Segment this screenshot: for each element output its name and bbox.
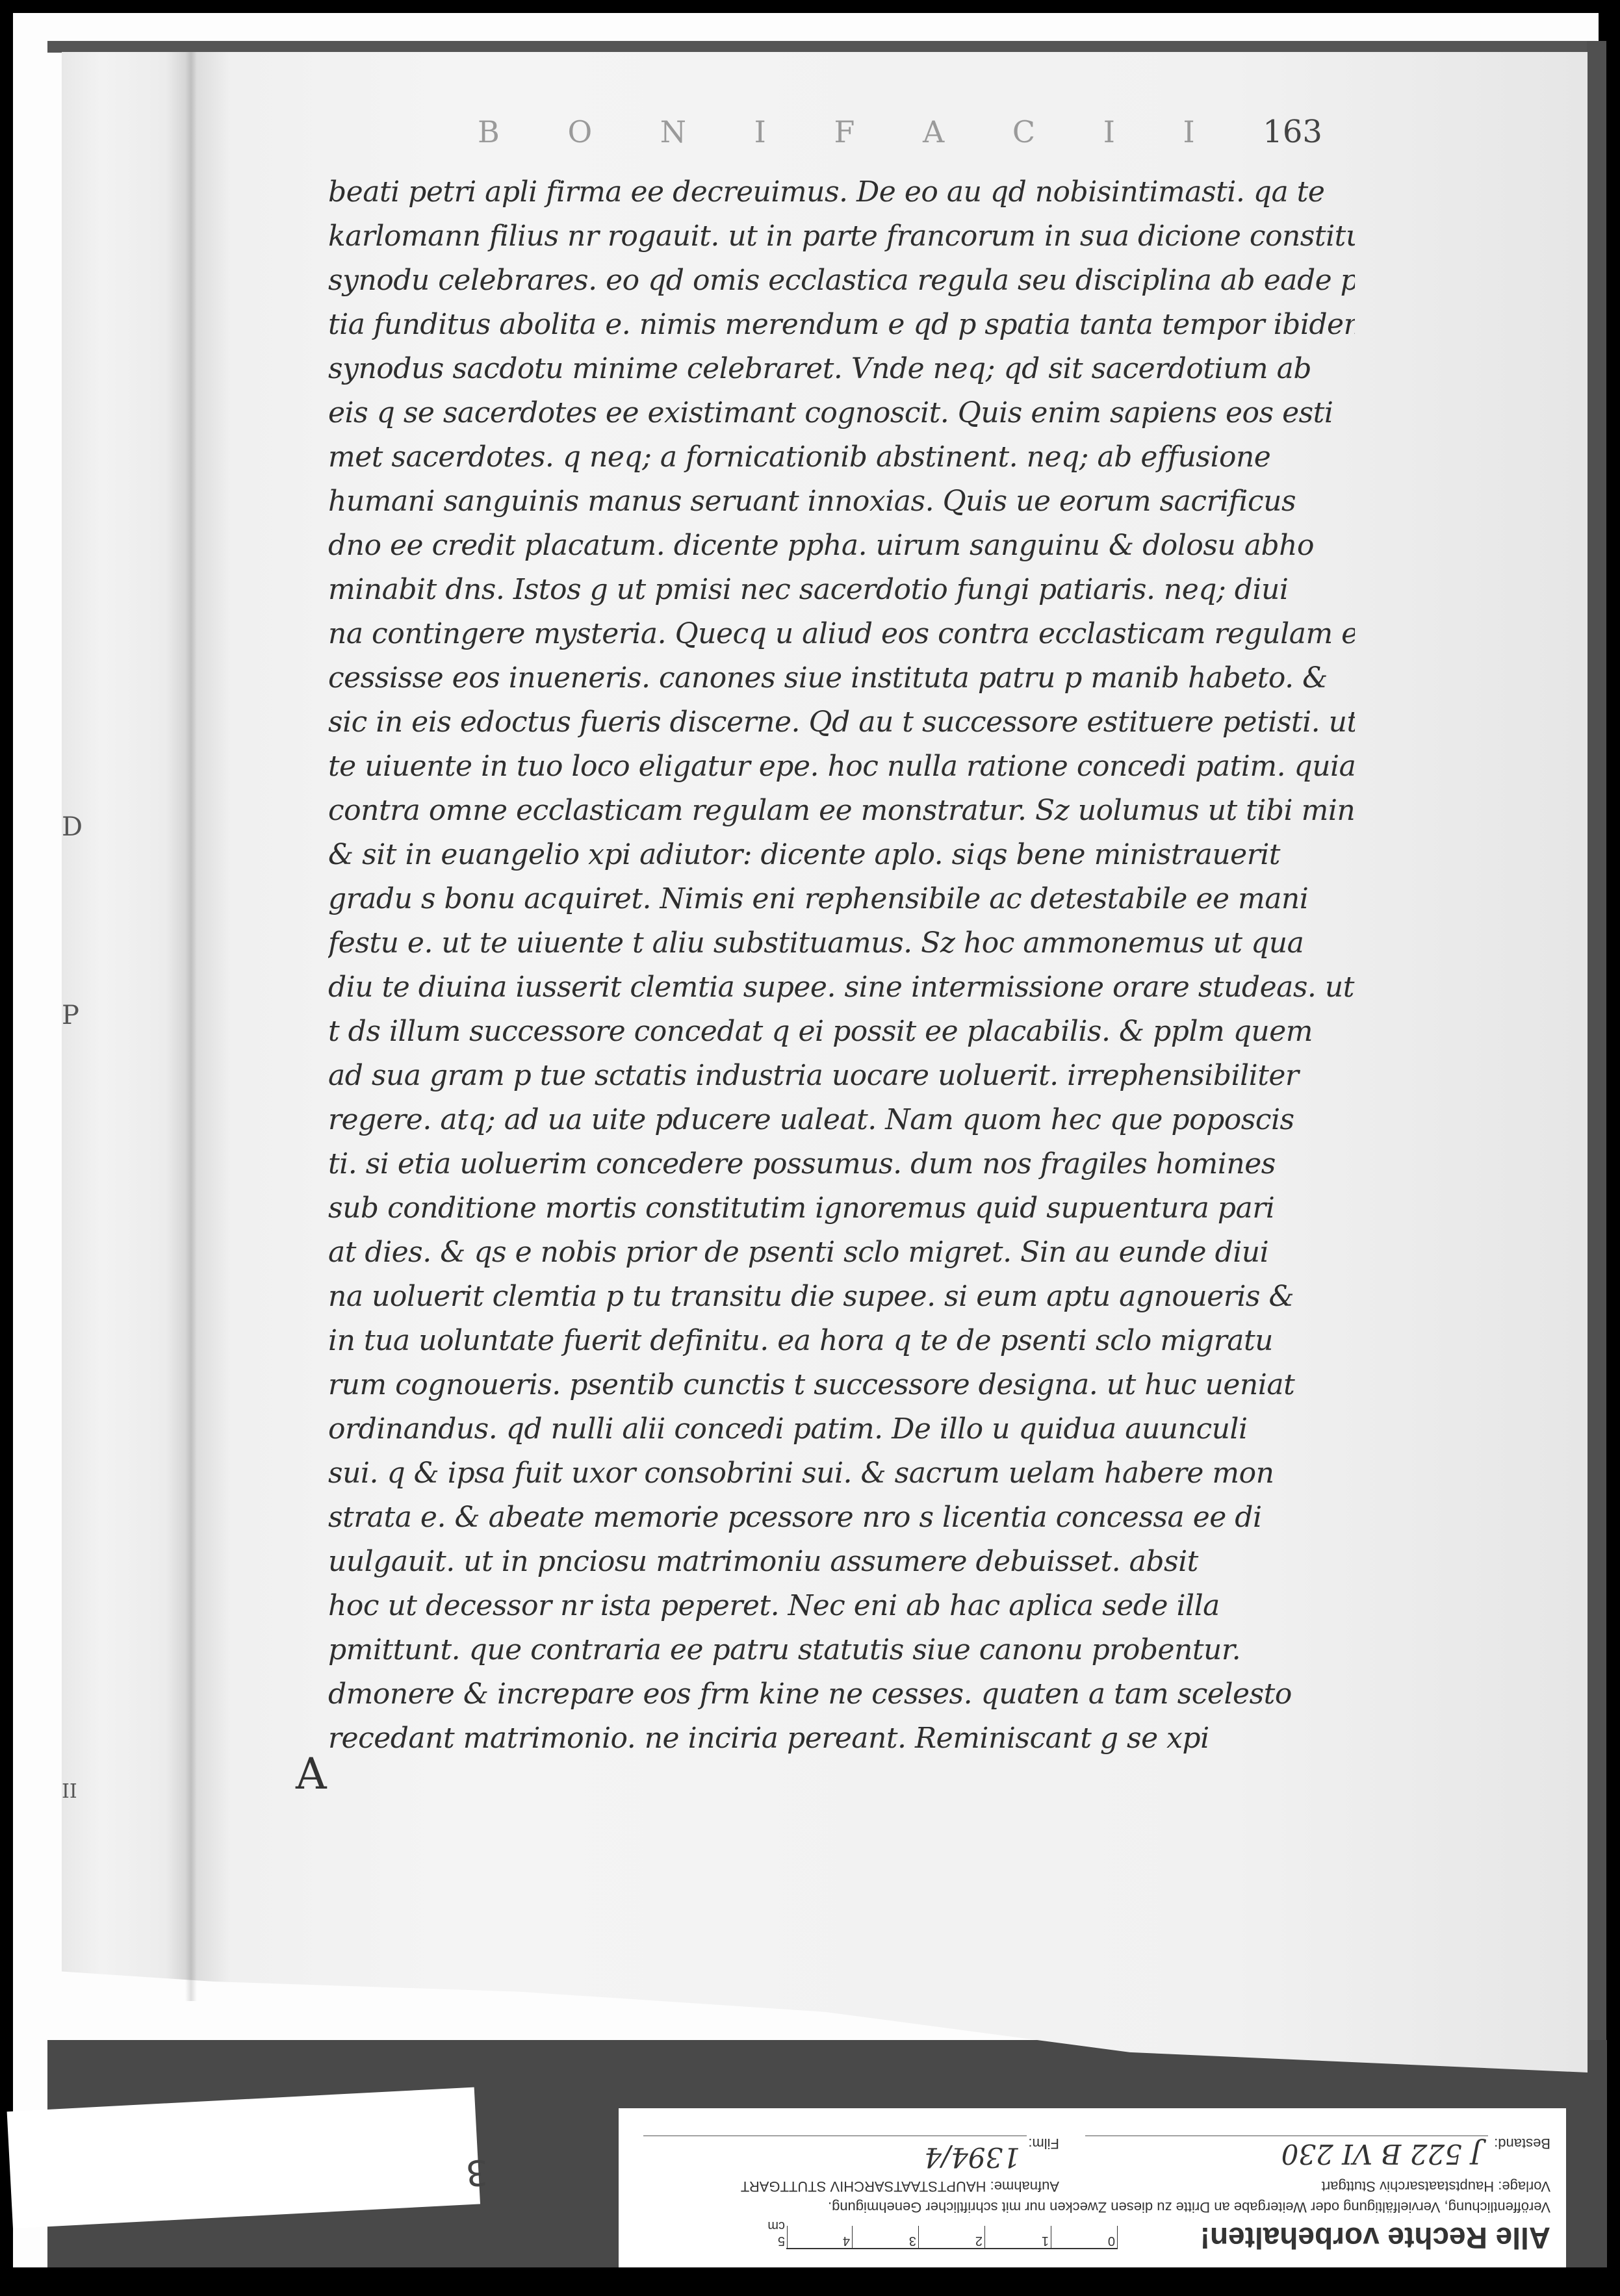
running-head-letter: N: [660, 114, 690, 149]
binding-gutter: [185, 52, 197, 2001]
aufnahme-text: Aufnahme: HAUPTSTAATSARCHIV STUTTGART: [741, 2178, 1059, 2195]
manuscript-line: dmonere & increpare eos frm kine ne cess…: [328, 1672, 1355, 1716]
scale-tick: 5 cm: [767, 2218, 785, 2248]
manuscript-line: gradu s bonu acquiret. Nimis eni rephens…: [328, 877, 1355, 921]
manuscript-line: sic in eis edoctus fueris discerne. Qd a…: [328, 700, 1355, 745]
manuscript-line: eis q se sacerdotes ee existimant cognos…: [328, 391, 1355, 435]
running-head: B O N I F A C I I 163: [478, 109, 1322, 155]
manuscript-line: sui. q & ipsa fuit uxor consobrini sui. …: [328, 1451, 1355, 1496]
page-number: 3: [465, 2152, 489, 2194]
marginal-mark: D: [62, 812, 83, 842]
manuscript-line: recedant matrimonio. ne inciria pereant.…: [328, 1716, 1355, 1761]
manuscript-line: t ds illum successore concedat q ei poss…: [328, 1010, 1355, 1054]
bestand-value: J 522 B VI 230: [1281, 2138, 1482, 2170]
manuscript-line: festu e. ut te uiuente t aliu substituam…: [328, 921, 1355, 965]
manuscript-line: ad sua gram p tue sctatis industria uoca…: [328, 1054, 1355, 1098]
scale-tick: 0: [1108, 2233, 1115, 2248]
running-head-letter: B: [478, 114, 504, 149]
manuscript-line: & sit in euangelio xpi adiutor: dicente …: [328, 833, 1355, 877]
folio-number: 163: [1263, 114, 1322, 150]
manuscript-line: contra omne ecclasticam regulam ee monst…: [328, 789, 1355, 833]
running-head-letter: F: [834, 114, 858, 149]
scale-tick: 2: [975, 2233, 983, 2248]
vorlage-text: Vorlage: Hauptstaatsarchiv Stuttgart: [1322, 2178, 1550, 2195]
running-head-letter: I: [1103, 114, 1119, 149]
marginal-mark: II: [62, 1780, 77, 1803]
film-value: 1394/4: [924, 2141, 1020, 2173]
manuscript-text-block: beati petri apli firma ee decreuimus. De…: [328, 170, 1355, 1761]
manuscript-line: cessisse eos inueneris. canones siue ins…: [328, 656, 1355, 700]
bestand-label: Bestand:: [1494, 2135, 1550, 2152]
decorated-initial: A: [296, 1749, 327, 1799]
bestand-rule: [1085, 2136, 1488, 2136]
right-shadow-band: [1587, 41, 1606, 2263]
manuscript-line: regere. atq; ad ua uite pducere ualeat. …: [328, 1098, 1355, 1142]
film-rule: [643, 2136, 1027, 2136]
manuscript-line: pmittunt. que contraria ee patru statuti…: [328, 1628, 1355, 1672]
running-head-letter: C: [1012, 114, 1039, 149]
archive-label-content: Alle Rechte vorbehalten! 0 1 2 3 4 5 cm …: [619, 2108, 1566, 2267]
running-head-letter: I: [754, 114, 770, 149]
running-head-letter: O: [567, 114, 596, 149]
manuscript-line: diu te diuina iusserit clemtia supee. si…: [328, 965, 1355, 1010]
running-head-letter: I: [1183, 114, 1198, 149]
marginal-mark: P: [62, 1001, 79, 1030]
film-label: Film:: [1028, 2135, 1059, 2152]
manuscript-line: synodus sacdotu minime celebraret. Vnde …: [328, 347, 1355, 391]
top-shadow-band: [47, 41, 1594, 53]
page-number-label: 3: [7, 2087, 480, 2228]
manuscript-line: hoc ut decessor nr ista peperet. Nec eni…: [328, 1584, 1355, 1628]
manuscript-line: te uiuente in tuo loco eligatur epe. hoc…: [328, 745, 1355, 789]
manuscript-line: sub conditione mortis constitutim ignore…: [328, 1186, 1355, 1231]
scale-tick: 1: [1042, 2233, 1049, 2248]
scale-tick: 3: [909, 2233, 916, 2248]
manuscript-line: na uoluerit clemtia p tu transitu die su…: [328, 1275, 1355, 1319]
scale-tick: 4: [843, 2233, 850, 2248]
manuscript-line: in tua uoluntate fuerit definitu. ea hor…: [328, 1319, 1355, 1363]
manuscript-line: at dies. & qs e nobis prior de psenti sc…: [328, 1231, 1355, 1275]
manuscript-line: humani sanguinis manus seruant innoxias.…: [328, 479, 1355, 524]
manuscript-line: beati petri apli firma ee decreuimus. De…: [328, 170, 1355, 214]
manuscript-line: tia funditus abolita e. nimis merendum e…: [328, 303, 1355, 347]
manuscript-line: strata e. & abeate memorie pcessore nro …: [328, 1496, 1355, 1540]
running-head-letter: A: [923, 114, 948, 149]
manuscript-line: synodu celebrares. eo qd omis ecclastica…: [328, 259, 1355, 303]
manuscript-line: ti. si etia uoluerim concedere possumus.…: [328, 1142, 1355, 1186]
cm-scale: 0 1 2 3 4 5 cm: [786, 2225, 1118, 2249]
manuscript-line: uulgauit. ut in pnciosu matrimoniu assum…: [328, 1540, 1355, 1584]
manuscript-line: ordinandus. qd nulli alii concedi patim.…: [328, 1407, 1355, 1451]
manuscript-line: dno ee credit placatum. dicente ppha. ui…: [328, 524, 1355, 568]
archive-label: Alle Rechte vorbehalten! 0 1 2 3 4 5 cm …: [619, 2108, 1566, 2267]
manuscript-line: minabit dns. Istos g ut pmisi nec sacerd…: [328, 568, 1355, 612]
manuscript-line: rum cognoueris. psentib cunctis t succes…: [328, 1363, 1355, 1407]
manuscript-line: met sacerdotes. q neq; a fornicationib a…: [328, 435, 1355, 479]
legal-text: Veröffentlichung, Vervielfältigung oder …: [828, 2199, 1550, 2215]
manuscript-line: karlomann filius nr rogauit. ut in parte…: [328, 214, 1355, 259]
rights-notice: Alle Rechte vorbehalten!: [1200, 2221, 1550, 2256]
manuscript-line: na contingere mysteria. Quecq u aliud eo…: [328, 612, 1355, 656]
